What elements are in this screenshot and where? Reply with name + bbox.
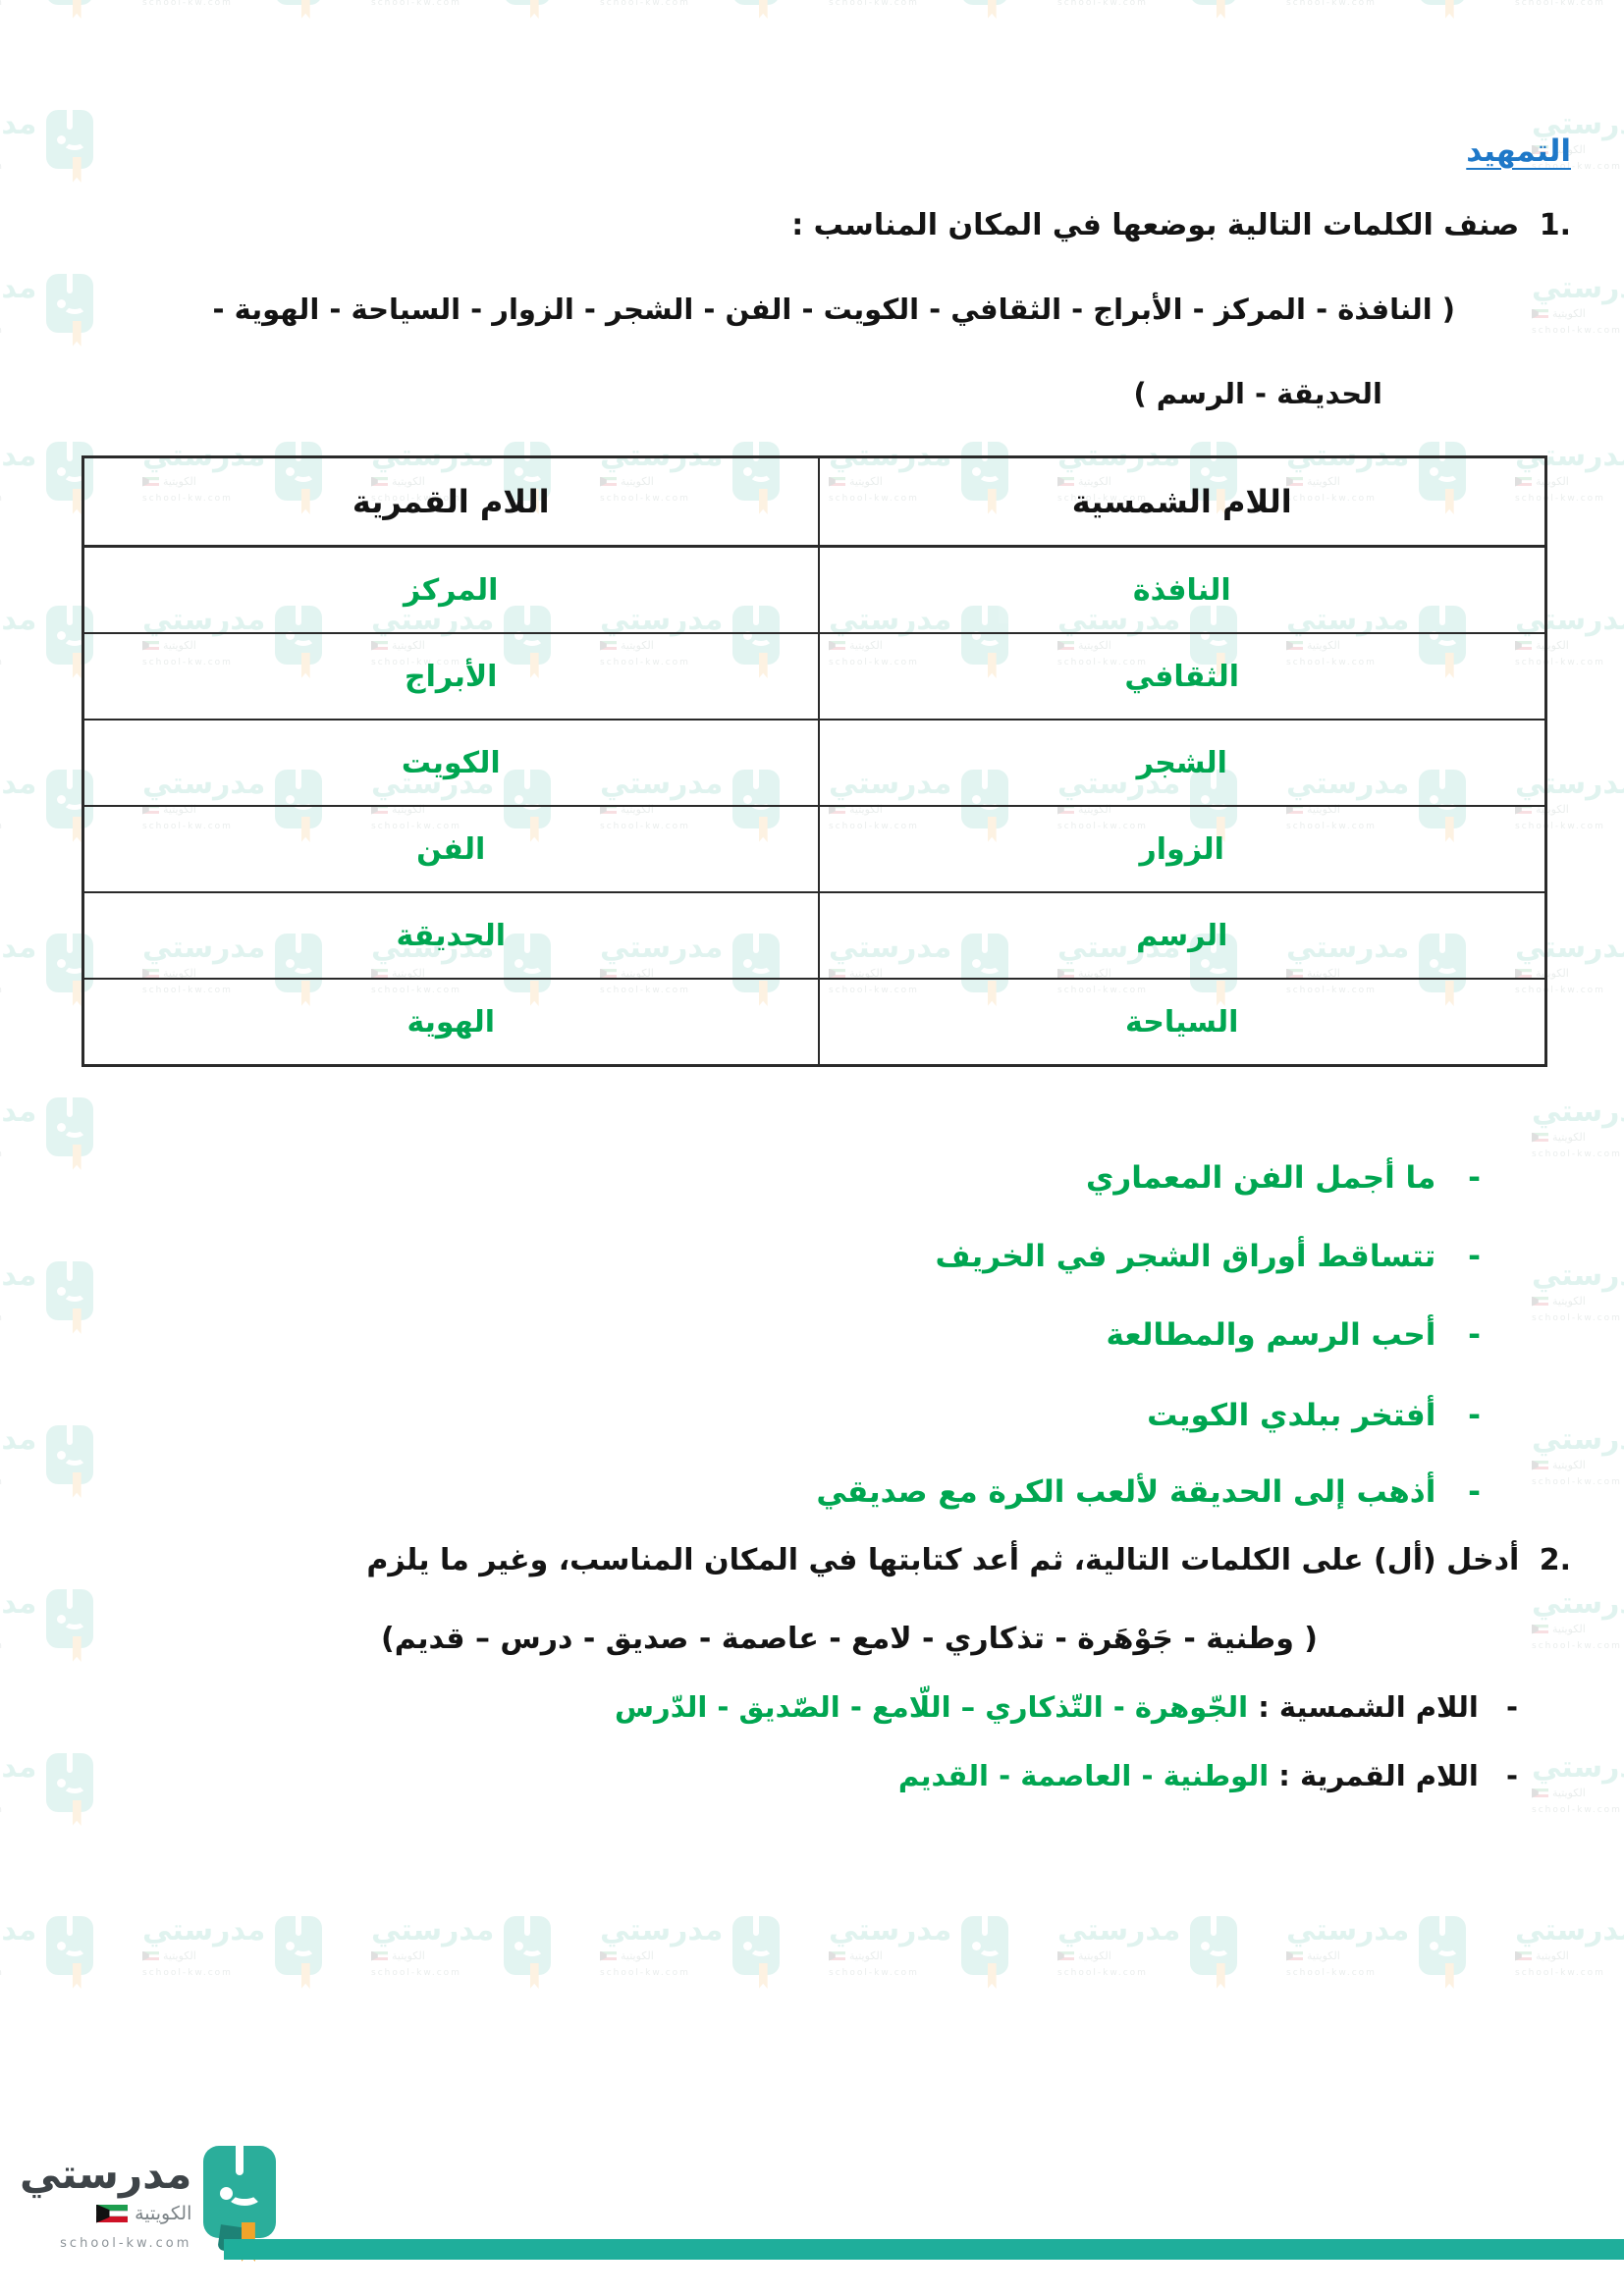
kuwait-flag-icon [1515,1951,1532,1961]
question-1-number: 1. [1540,208,1571,242]
kuwait-flag-icon [829,1951,845,1961]
watermark-text: مدرستي الكويتية school-kw.com [1532,1425,1624,1487]
footer-sub: الكويتية [96,2203,191,2224]
watermark-site: school-kw.com [1286,1968,1377,1978]
sentence-text: ما أجمل الفن المعماري [1086,1160,1435,1196]
watermark: مدرستي الكويتية school-kw.com [600,1916,775,1978]
watermark-text: مدرستي الكويتية school-kw.com [371,1916,494,1978]
cell-qamari: الفن [83,806,819,892]
kuwait-flag-icon [600,1951,617,1961]
header-qamari: اللام القمرية [83,457,819,547]
watermark-text: مدرستي الكويتية school-kw.com [0,1261,36,1323]
q1-word-bank-line2: الحديقة - الرسم ) [1133,377,1382,410]
school-mascot-icon [46,110,93,169]
watermark-text: مدرستي الكويتية school-kw.com [142,0,265,8]
table-row: الشجر الكويت [83,720,1546,806]
school-mascot-icon [275,0,322,5]
school-mascot-icon [46,1916,93,1975]
q1-word-bank-line1: ( النافذة - المركز - الأبراج - الثقافي -… [213,293,1456,326]
watermark: مدرستي الكويتية school-kw.com [1532,1261,1624,1323]
watermark-brand: مدرستي [1532,274,1624,303]
watermark-text: مدرستي الكويتية school-kw.com [0,606,36,667]
school-mascot-icon [46,0,93,5]
watermark-sub-label: الكويتية [1536,1949,1569,1962]
watermark: مدرستي الكويتية school-kw.com [0,1589,88,1651]
table-row: النافذة المركز [83,547,1546,634]
table-row: الثقافي الأبراج [83,633,1546,720]
table-header-row: اللام الشمسية اللام القمرية [83,457,1546,547]
watermark-text: مدرستي الكويتية school-kw.com [1532,1589,1624,1651]
sentence-item: - أفتخر ببلدي الكويت [1147,1398,1481,1433]
watermark-sub: الكويتية [1286,1949,1340,1962]
watermark: مدرستي الكويتية school-kw.com [371,0,546,8]
watermark-sub: الكويتية [1532,1787,1586,1799]
q2-word-bank: ( وطنية - جَوْهَرة - تذكاري - لامع - عاص… [381,1622,1318,1656]
watermark-sub: الكويتية [142,1949,196,1962]
answer-qamari-line: - اللام القمرية : الوطنية - العاصمة - ال… [898,1759,1518,1792]
watermark-site: school-kw.com [0,1968,4,1978]
watermark-site: school-kw.com [0,986,4,995]
watermark-text: مدرستي الكويتية school-kw.com [0,1425,36,1487]
school-mascot-icon [1190,1916,1237,1975]
footer-logo-text: مدرستي الكويتية school-kw.com [20,2154,191,2251]
watermark: مدرستي الكويتية school-kw.com [0,0,88,8]
sentence-item: - أذهب إلى الحديقة لألعب الكرة مع صديقي [816,1474,1481,1510]
watermark-sub-label: الكويتية [1552,307,1586,320]
table-row: الرسم الحديقة [83,892,1546,979]
watermark-brand: مدرستي [0,442,36,471]
watermark: مدرستي الكويتية school-kw.com [0,1425,88,1487]
kuwait-flag-icon [1286,1951,1303,1961]
watermark-text: مدرستي الكويتية school-kw.com [1057,0,1180,8]
watermark-site: school-kw.com [829,1968,919,1978]
watermark-site: school-kw.com [1515,0,1605,8]
watermark-brand: مدرستي [1532,1261,1624,1291]
watermark: مدرستي الكويتية school-kw.com [0,1916,88,1978]
footer-sub-label: الكويتية [135,2203,191,2224]
cell-shamsi: الزوار [819,806,1546,892]
cell-shamsi: الرسم [819,892,1546,979]
kuwait-flag-icon [371,1951,388,1961]
watermark-text: مدرستي الكويتية school-kw.com [0,934,36,995]
dash-bullet: - [1468,1398,1481,1433]
watermark-site: school-kw.com [1515,1968,1605,1978]
watermark-site: school-kw.com [1532,1805,1622,1815]
watermark-site: school-kw.com [142,1968,233,1978]
school-mascot-icon [1419,1916,1466,1975]
dash-bullet: - [1468,1160,1481,1196]
watermark-site: school-kw.com [142,0,233,8]
watermark-site: school-kw.com [0,658,4,667]
header-shamsi: اللام الشمسية [819,457,1546,547]
watermark-sub: الكويتية [1532,1131,1586,1144]
watermark: مدرستي الكويتية school-kw.com [0,934,88,995]
school-mascot-icon [732,0,780,5]
watermark-brand: مدرستي [0,1425,36,1455]
footer-brand: مدرستي [20,2154,191,2195]
sentence-text: أفتخر ببلدي الكويت [1147,1398,1435,1433]
cell-shamsi: النافذة [819,547,1546,634]
school-mascot-icon [961,1916,1008,1975]
watermark: مدرستي الكويتية school-kw.com [142,0,317,8]
watermark-text: مدرستي الكويتية school-kw.com [0,1097,36,1159]
watermark-site: school-kw.com [0,1805,4,1815]
watermark-text: مدرستي الكويتية school-kw.com [829,1916,951,1978]
watermark-sub: الكويتية [600,1949,654,1962]
watermark: مدرستي الكويتية school-kw.com [600,0,775,8]
watermark: مدرستي الكويتية school-kw.com [0,1261,88,1323]
watermark-site: school-kw.com [1532,1641,1622,1651]
watermark-brand: مدرستي [0,1589,36,1619]
watermark: مدرستي الكويتية school-kw.com [1286,0,1461,8]
watermark-site: school-kw.com [371,0,461,8]
question-2: 2. أدخل (أل) على الكلمات التالية، ثم أعد… [366,1543,1571,1577]
watermark-brand: مدرستي [0,1753,36,1783]
cell-shamsi: السياحة [819,979,1546,1066]
watermark: مدرستي الكويتية school-kw.com [0,274,88,336]
kuwait-flag-icon [96,2205,128,2223]
watermark-brand: مدرستي [1286,1916,1409,1946]
watermark-text: مدرستي الكويتية school-kw.com [1532,1261,1624,1323]
watermark-brand: مدرستي [0,934,36,963]
school-mascot-icon [504,1916,551,1975]
cell-qamari: المركز [83,547,819,634]
dash-bullet: - [1468,1239,1481,1274]
watermark: مدرستي الكويتية school-kw.com [829,0,1003,8]
watermark-text: مدرستي الكويتية school-kw.com [0,770,36,831]
footer-logo: مدرستي الكويتية school-kw.com [20,2146,276,2251]
watermark-site: school-kw.com [829,0,919,8]
watermark-layer: مدرستي الكويتية school-kw.com مدرستي الك… [0,0,1624,2296]
school-mascot-icon [1190,0,1237,5]
kuwait-flag-icon [1532,1625,1548,1634]
watermark-sub-label: الكويتية [621,1949,654,1962]
watermark-text: مدرستي الكويتية school-kw.com [0,110,36,172]
watermark: مدرستي الكويتية school-kw.com [1515,0,1624,8]
watermark-site: school-kw.com [1532,1313,1622,1323]
watermark-sub-label: الكويتية [1552,1787,1586,1799]
watermark-brand: مدرستي [1515,1916,1624,1946]
watermark-text: مدرستي الكويتية school-kw.com [1286,1916,1409,1978]
watermark-sub: الكويتية [1532,307,1586,320]
watermark-site: school-kw.com [600,0,690,8]
watermark-brand: مدرستي [1532,1097,1624,1127]
answer-shamsi-label: اللام الشمسية : [1258,1690,1479,1724]
question-2-number: 2. [1540,1543,1571,1577]
watermark-text: مدرستي الكويتية school-kw.com [371,0,494,8]
sentence-item: - تتساقط أوراق الشجر في الخريف [936,1239,1481,1274]
watermark-text: مدرستي الكويتية school-kw.com [1532,1753,1624,1815]
kuwait-flag-icon [142,1951,159,1961]
watermark-sub: الكويتية [371,1949,425,1962]
watermark: مدرستي الكويتية school-kw.com [1057,1916,1232,1978]
sentence-text: تتساقط أوراق الشجر في الخريف [936,1239,1436,1274]
school-mascot-icon [46,1425,93,1484]
watermark-brand: مدرستي [600,1916,723,1946]
watermark-site: school-kw.com [0,1477,4,1487]
cell-qamari: الكويت [83,720,819,806]
watermark-sub: الكويتية [1532,1295,1586,1308]
question-1-prompt: صنف الكلمات التالية بوضعها في المكان الم… [791,208,1519,242]
watermark-brand: مدرستي [0,274,36,303]
watermark: مدرستي الكويتية school-kw.com [0,1097,88,1159]
watermark-brand: مدرستي [0,770,36,799]
cell-qamari: الأبراج [83,633,819,720]
sentence-item: - أحب الرسم والمطالعة [1107,1317,1481,1353]
watermark-sub-label: الكويتية [1552,1459,1586,1471]
watermark-brand: مدرستي [0,1097,36,1127]
watermark: مدرستي الكويتية school-kw.com [371,1916,546,1978]
worksheet-page: مدرستي الكويتية school-kw.com مدرستي الك… [0,0,1624,2296]
watermark-site: school-kw.com [1057,0,1148,8]
school-mascot-icon [732,1916,780,1975]
watermark-text: مدرستي الكويتية school-kw.com [600,1916,723,1978]
footer-site: school-kw.com [60,2236,191,2251]
cell-qamari: الحديقة [83,892,819,979]
watermark-text: مدرستي الكويتية school-kw.com [829,0,951,8]
kuwait-flag-icon [1057,1951,1074,1961]
watermark-brand: مدرستي [142,1916,265,1946]
watermark-text: مدرستي الكويتية school-kw.com [0,1753,36,1815]
watermark-brand: مدرستي [0,1261,36,1291]
watermark-site: school-kw.com [0,822,4,831]
watermark-sub: الكويتية [1057,1949,1111,1962]
watermark-site: school-kw.com [600,1968,690,1978]
watermark-site: school-kw.com [0,1149,4,1159]
watermark-site: school-kw.com [0,1641,4,1651]
watermark: مدرستي الكويتية school-kw.com [0,770,88,831]
watermark-site: school-kw.com [1057,1968,1148,1978]
watermark-brand: مدرستي [1532,1753,1624,1783]
school-mascot-icon [46,1753,93,1812]
watermark-sub-label: الكويتية [1307,1949,1340,1962]
watermark-sub-label: الكويتية [1552,1623,1586,1635]
watermark-site: school-kw.com [1532,1149,1622,1159]
watermark: مدرستي الكويتية school-kw.com [1532,1753,1624,1815]
watermark: مدرستي الكويتية school-kw.com [1532,1425,1624,1487]
watermark-sub-label: الكويتية [1078,1949,1111,1962]
watermark-text: مدرستي الكويتية school-kw.com [1286,0,1409,8]
cell-shamsi: الشجر [819,720,1546,806]
watermark-site: school-kw.com [0,494,4,504]
school-mascot-icon [46,1097,93,1156]
watermark-text: مدرستي الكويتية school-kw.com [0,0,36,8]
kuwait-flag-icon [1532,1789,1548,1798]
watermark-sub-label: الكويتية [1552,1295,1586,1308]
watermark: مدرستي الكويتية school-kw.com [1286,1916,1461,1978]
lam-classification-table: اللام الشمسية اللام القمرية النافذة المر… [81,455,1547,1067]
watermark-brand: مدرستي [0,110,36,139]
answer-shamsi-value: الجّوهرة - التّذكاري – اللّامع - الصّديق… [615,1690,1248,1724]
watermark-brand: مدرستي [1532,1589,1624,1619]
dash-bullet: - [1506,1690,1518,1724]
watermark-text: مدرستي الكويتية school-kw.com [1515,0,1624,8]
watermark-text: مدرستي الكويتية school-kw.com [142,1916,265,1978]
sentence-item: - ما أجمل الفن المعماري [1086,1160,1481,1196]
question-1: 1. صنف الكلمات التالية بوضعها في المكان … [791,208,1571,242]
watermark-text: مدرستي الكويتية school-kw.com [0,1589,36,1651]
watermark-brand: مدرستي [371,1916,494,1946]
watermark-site: school-kw.com [0,326,4,336]
watermark: مدرستي الكويتية school-kw.com [1532,274,1624,336]
school-mascot-icon [203,2146,276,2238]
dash-bullet: - [1468,1474,1481,1510]
answer-shamsi-line: - اللام الشمسية : الجّوهرة - التّذكاري –… [615,1690,1518,1724]
watermark-text: مدرستي الكويتية school-kw.com [1532,1097,1624,1159]
school-mascot-icon [46,1589,93,1648]
watermark-site: school-kw.com [1286,0,1377,8]
watermark-text: مدرستي الكويتية school-kw.com [1532,274,1624,336]
kuwait-flag-icon [1532,1133,1548,1143]
watermark: مدرستي الكويتية school-kw.com [0,110,88,172]
kuwait-flag-icon [1532,1461,1548,1470]
watermark-sub-label: الكويتية [392,1949,425,1962]
cell-qamari: الهوية [83,979,819,1066]
watermark-brand: مدرستي [0,1916,36,1946]
watermark: مدرستي الكويتية school-kw.com [829,1916,1003,1978]
watermark: مدرستي الكويتية school-kw.com [0,442,88,504]
watermark-site: school-kw.com [371,1968,461,1978]
kuwait-flag-icon [1532,309,1548,319]
watermark-site: school-kw.com [1532,1477,1622,1487]
watermark-sub: الكويتية [1532,1623,1586,1635]
watermark-text: مدرستي الكويتية school-kw.com [1515,1916,1624,1978]
answer-qamari-label: اللام القمرية : [1278,1759,1479,1792]
watermark-brand: مدرستي [1532,1425,1624,1455]
watermark-brand: مدرستي [1057,1916,1180,1946]
question-2-prompt: أدخل (أل) على الكلمات التالية، ثم أعد كت… [366,1543,1519,1577]
watermark-sub-label: الكويتية [163,1949,196,1962]
watermark-brand: مدرستي [829,1916,951,1946]
table-row: الزوار الفن [83,806,1546,892]
watermark-text: مدرستي الكويتية school-kw.com [0,442,36,504]
watermark: مدرستي الكويتية school-kw.com [1515,1916,1624,1978]
watermark-sub: الكويتية [829,1949,883,1962]
page-title: التمهيد [1466,133,1571,169]
school-mascot-icon [961,0,1008,5]
kuwait-flag-icon [1532,1297,1548,1307]
watermark-sub: الكويتية [1515,1949,1569,1962]
watermark: مدرستي الكويتية school-kw.com [142,1916,317,1978]
footer-teal-bar [224,2239,1624,2260]
watermark: مدرستي الكويتية school-kw.com [0,606,88,667]
school-mascot-icon [46,274,93,333]
watermark-site: school-kw.com [0,162,4,172]
school-mascot-icon [1419,0,1466,5]
watermark-sub-label: الكويتية [849,1949,883,1962]
dash-bullet: - [1506,1759,1518,1792]
watermark-sub-label: الكويتية [1552,1131,1586,1144]
watermark-text: مدرستي الكويتية school-kw.com [600,0,723,8]
watermark-site: school-kw.com [0,1313,4,1323]
watermark-sub: الكويتية [1532,1459,1586,1471]
watermark: مدرستي الكويتية school-kw.com [1532,1589,1624,1651]
sentence-text: أذهب إلى الحديقة لألعب الكرة مع صديقي [816,1474,1435,1510]
answer-qamari-value: الوطنية - العاصمة - القديم [898,1759,1269,1792]
table-row: السياحة الهوية [83,979,1546,1066]
dash-bullet: - [1468,1317,1481,1353]
watermark-text: مدرستي الكويتية school-kw.com [1057,1916,1180,1978]
cell-shamsi: الثقافي [819,633,1546,720]
watermark: مدرستي الكويتية school-kw.com [0,1753,88,1815]
watermark-text: مدرستي الكويتية school-kw.com [0,274,36,336]
watermark-site: school-kw.com [1532,326,1622,336]
watermark: مدرستي الكويتية school-kw.com [1057,0,1232,8]
school-mascot-icon [504,0,551,5]
school-mascot-icon [46,1261,93,1320]
school-mascot-icon [275,1916,322,1975]
watermark-site: school-kw.com [0,0,4,8]
watermark-brand: مدرستي [0,606,36,635]
sentence-text: أحب الرسم والمطالعة [1107,1317,1436,1353]
watermark-text: مدرستي الكويتية school-kw.com [0,1916,36,1978]
watermark: مدرستي الكويتية school-kw.com [1532,1097,1624,1159]
